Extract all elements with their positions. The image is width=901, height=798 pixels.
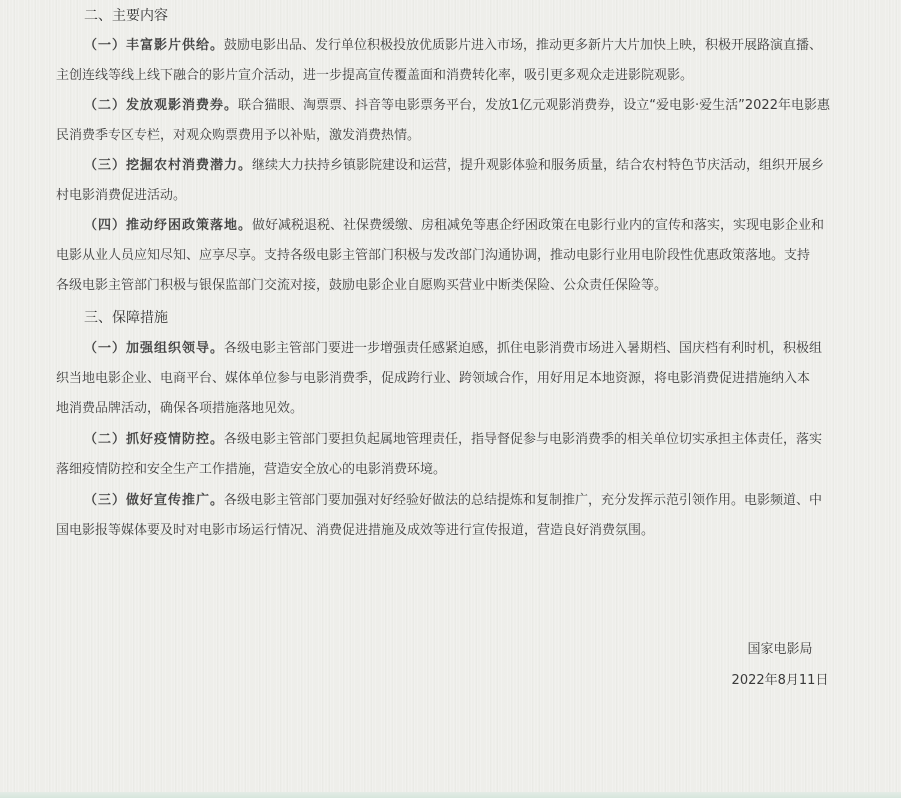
paragraph-line: 民消费季专区专栏，对观众购票费用予以补贴，激发消费热情。 bbox=[56, 121, 846, 151]
paragraph-line: 各级电影主管部门积极与银保监部门交流对接，鼓励电影企业自愿购买营业中断类保险、公… bbox=[56, 271, 846, 301]
paragraph-lead: （三）挖掘农村消费潜力。 bbox=[84, 158, 252, 173]
paragraph-enrich-film-supply: （一）丰富影片供给。鼓励电影出品、发行单位积极投放优质影片进入市场，推动更多新片… bbox=[56, 31, 846, 91]
paragraph-lead: （一）加强组织领导。 bbox=[84, 341, 224, 356]
paragraph-line: （三）挖掘农村消费潜力。继续大力扶持乡镇影院建设和运营，提升观影体验和服务质量，… bbox=[56, 151, 846, 181]
paragraph-text: 鼓励电影出品、发行单位积极投放优质影片进入市场，推动更多新片大片加快上映，积极开… bbox=[224, 38, 822, 53]
paragraph-text: 做好减税退税、社保费缓缴、房租减免等惠企纾困政策在电影行业内的宣传和落实，实现电… bbox=[252, 218, 824, 233]
paragraph-organizational-leadership: （一）加强组织领导。各级电影主管部门要进一步增强责任感紧迫感，抓住电影消费市场进… bbox=[56, 334, 846, 424]
paragraph-line: （二）发放观影消费券。联合猫眼、淘票票、抖音等电影票务平台，发放1亿元观影消费券… bbox=[56, 91, 846, 121]
paragraph-line: 主创连线等线上线下融合的影片宣介活动，进一步提高宣传覆盖面和消费转化率，吸引更多… bbox=[56, 61, 846, 91]
section-heading-main-content: 二、主要内容 bbox=[84, 1, 168, 31]
paragraph-line: 国电影报等媒体要及时对电影市场运行情况、消费促进措施及成效等进行宣传报道，营造良… bbox=[56, 516, 846, 546]
paragraph-line: 电影从业人员应知尽知、应享尽享。支持各级电影主管部门积极与发改部门沟通协调，推动… bbox=[56, 241, 846, 271]
paragraph-epidemic-control: （二）抓好疫情防控。各级电影主管部门要担负起属地管理责任，指导督促参与电影消费季… bbox=[56, 425, 846, 485]
paragraph-publicity: （三）做好宣传推广。各级电影主管部门要加强对好经验好做法的总结提炼和复制推广，充… bbox=[56, 486, 846, 546]
paragraph-line: （一）加强组织领导。各级电影主管部门要进一步增强责任感紧迫感，抓住电影消费市场进… bbox=[56, 334, 846, 364]
paragraph-rural-consumption: （三）挖掘农村消费潜力。继续大力扶持乡镇影院建设和运营，提升观影体验和服务质量，… bbox=[56, 151, 846, 211]
paragraph-text: 继续大力扶持乡镇影院建设和运营，提升观影体验和服务质量，结合农村特色节庆活动，组… bbox=[252, 158, 824, 173]
paragraph-text: 各级电影主管部门要进一步增强责任感紧迫感，抓住电影消费市场进入暑期档、国庆档有利… bbox=[224, 341, 822, 356]
paragraph-line: 村电影消费促进活动。 bbox=[56, 181, 846, 211]
paragraph-issue-vouchers: （二）发放观影消费券。联合猫眼、淘票票、抖音等电影票务平台，发放1亿元观影消费券… bbox=[56, 91, 846, 151]
paragraph-text: 联合猫眼、淘票票、抖音等电影票务平台，发放1亿元观影消费券，设立“爱电影·爱生活… bbox=[238, 98, 830, 113]
paragraph-text: 各级电影主管部门要担负起属地管理责任，指导督促参与电影消费季的相关单位切实承担主… bbox=[224, 432, 822, 447]
paragraph-line: （二）抓好疫情防控。各级电影主管部门要担负起属地管理责任，指导督促参与电影消费季… bbox=[56, 425, 846, 455]
paragraph-line: 织当地电影企业、电商平台、媒体单位参与电影消费季，促成跨行业、跨领域合作，用好用… bbox=[56, 364, 846, 394]
paragraph-line: 地消费品牌活动，确保各项措施落地见效。 bbox=[56, 394, 846, 424]
paragraph-line: （一）丰富影片供给。鼓励电影出品、发行单位积极投放优质影片进入市场，推动更多新片… bbox=[56, 31, 846, 61]
paragraph-lead: （一）丰富影片供给。 bbox=[84, 38, 224, 53]
paragraph-relief-policies: （四）推动纾困政策落地。做好减税退税、社保费缓缴、房租减免等惠企纾困政策在电影行… bbox=[56, 211, 846, 301]
signature-date: 2022年8月11日 bbox=[710, 666, 850, 696]
paragraph-line: （三）做好宣传推广。各级电影主管部门要加强对好经验好做法的总结提炼和复制推广，充… bbox=[56, 486, 846, 516]
paragraph-text: 各级电影主管部门要加强对好经验好做法的总结提炼和复制推广，充分发挥示范引领作用。… bbox=[224, 493, 822, 508]
paragraph-line: （四）推动纾困政策落地。做好减税退税、社保费缓缴、房租减免等惠企纾困政策在电影行… bbox=[56, 211, 846, 241]
paragraph-lead: （三）做好宣传推广。 bbox=[84, 493, 224, 508]
signature-issuer: 国家电影局 bbox=[710, 635, 850, 665]
section-heading-safeguards: 三、保障措施 bbox=[84, 303, 168, 333]
paragraph-line: 落细疫情防控和安全生产工作措施，营造安全放心的电影消费环境。 bbox=[56, 455, 846, 485]
paragraph-lead: （二）抓好疫情防控。 bbox=[84, 432, 224, 447]
bottom-border-strip bbox=[0, 792, 901, 798]
paragraph-lead: （二）发放观影消费券。 bbox=[84, 98, 238, 113]
paragraph-lead: （四）推动纾困政策落地。 bbox=[84, 218, 252, 233]
